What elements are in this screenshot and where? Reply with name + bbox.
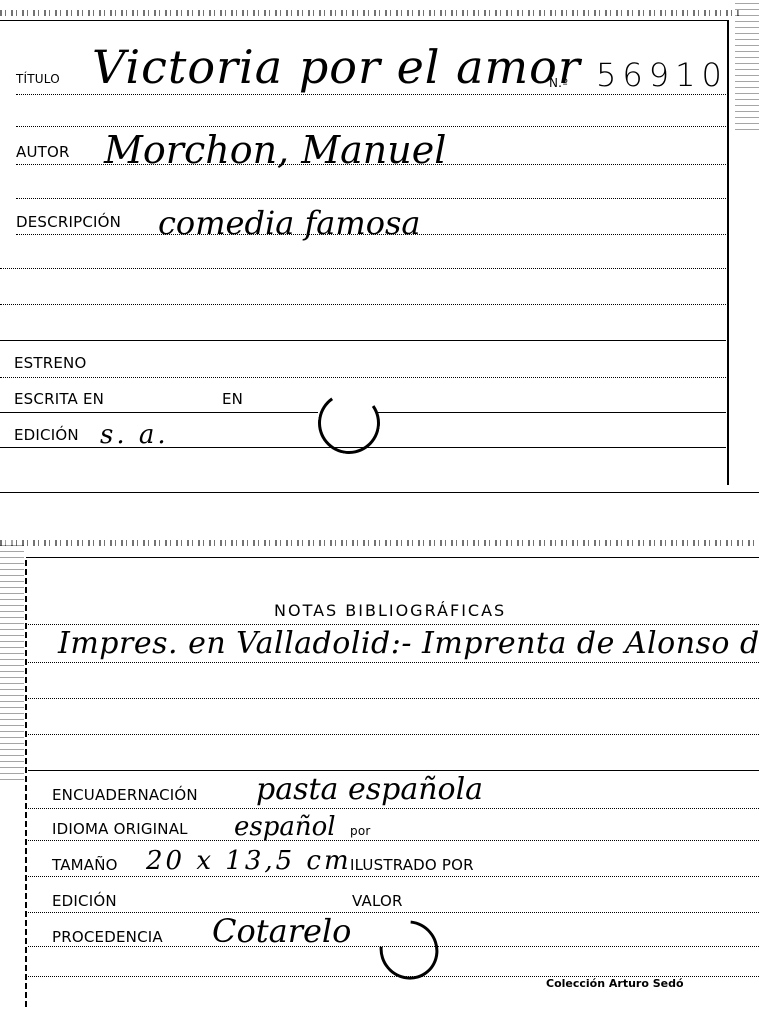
notas-heading: NOTAS BIBLIOGRÁFICAS <box>274 601 506 620</box>
edicion-value: s. a. <box>100 420 169 450</box>
punch-hole-icon <box>313 387 385 459</box>
idioma-value: español <box>234 812 336 842</box>
descripcion-value: comedia famosa <box>158 204 420 242</box>
titulo-label: TÍTULO <box>16 72 60 86</box>
descripcion-label: DESCRIPCIÓN <box>16 213 121 231</box>
autor-label: AUTOR <box>16 143 70 161</box>
escrita-en-label: ESCRITA EN <box>14 390 104 408</box>
autor-line <box>16 164 726 165</box>
por-label: por <box>350 824 371 838</box>
card-left-border <box>25 557 27 1007</box>
tamano-line <box>28 876 759 877</box>
numero-value: 56910 <box>596 56 728 94</box>
notas-line-1 <box>28 624 759 625</box>
scan-noise-top <box>0 540 759 546</box>
collection-credit: Colección Arturo Sedó <box>546 977 684 990</box>
titulo-value: Victoria por el amor <box>92 40 581 94</box>
punch-hole-icon <box>368 908 451 991</box>
idioma-label: IDIOMA ORIGINAL <box>52 820 188 838</box>
rule-line <box>0 340 726 341</box>
card-front-bottom-edge <box>0 492 759 493</box>
titulo-line <box>16 94 726 95</box>
card-top-border <box>0 20 728 21</box>
edicion-label: EDICIÓN <box>14 426 79 444</box>
encuadernacion-line <box>28 808 759 809</box>
notas-value: Impres. en Valladolid:- Imprenta de Alon… <box>58 626 759 661</box>
notas-line-5 <box>28 770 759 771</box>
rule-line <box>16 198 726 199</box>
rule-line <box>16 126 726 127</box>
descripcion-line <box>16 234 726 235</box>
procedencia-label: PROCEDENCIA <box>52 928 163 946</box>
estreno-label: ESTRENO <box>14 354 87 372</box>
edicion-back-label: EDICIÓN <box>52 892 117 910</box>
ilustrado-por-label: ILUSTRADO POR <box>350 856 474 874</box>
encuadernacion-value: pasta española <box>256 772 483 807</box>
notas-line-2 <box>28 662 759 663</box>
idioma-line <box>28 840 759 841</box>
card-top-border <box>26 557 759 558</box>
edicion-back-line <box>28 912 759 913</box>
valor-label: VALOR <box>352 892 403 910</box>
scan-noise-left <box>0 540 24 780</box>
estreno-line <box>0 377 726 378</box>
escrita-en-line <box>0 412 318 413</box>
notas-line-3 <box>28 698 759 699</box>
scan-noise-top <box>0 10 740 16</box>
rule-line <box>0 268 726 269</box>
rule-line <box>0 304 726 305</box>
procedencia-value: Cotarelo <box>212 912 351 950</box>
notas-line-4 <box>28 734 759 735</box>
autor-value: Morchon, Manuel <box>104 128 446 172</box>
tamano-label: TAMAÑO <box>52 856 118 874</box>
escrita-en-line-right <box>376 412 726 413</box>
encuadernacion-label: ENCUADERNACIÓN <box>52 786 198 804</box>
numero-label: N.º <box>549 76 568 90</box>
scan-noise-right <box>735 0 759 130</box>
tamano-value: 20 x 13,5 cm <box>146 846 352 876</box>
en-label: EN <box>222 390 243 408</box>
